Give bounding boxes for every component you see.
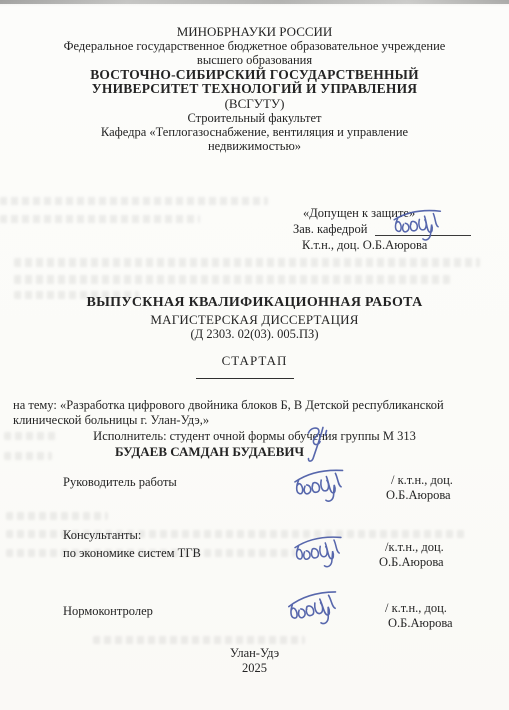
head-of-department-signature: [388, 204, 449, 245]
institution-line-2: высшего образования: [0, 53, 509, 67]
work-type-title: ВЫПУСКНАЯ КВАЛИФИКАЦИОННАЯ РАБОТА: [0, 295, 509, 311]
consultant-name: О.Б.Аюрова: [379, 555, 444, 569]
head-of-department-name: К.т.н., доц. О.Б.Аюрова: [293, 238, 475, 254]
university-abbr: (ВСГУТУ): [0, 97, 509, 111]
work-code: (Д 2303. 02(03). 005.ПЗ): [0, 327, 509, 341]
bleedthrough-artifact: [0, 215, 200, 223]
normcontrol-label: Нормоконтролер: [63, 604, 153, 618]
consultants-label: Консультанты:: [63, 528, 141, 542]
topic-block: на тему: «Разработка цифрового двойника …: [13, 398, 496, 460]
startup-label: СТАРТАП: [0, 353, 509, 369]
header-block: МИНОБРНАУКИ РОССИИ Федеральное государст…: [0, 25, 509, 154]
supervisor-name: О.Б.Аюрова: [386, 488, 451, 502]
department-line-2: недвижимостью»: [0, 139, 509, 153]
scanned-title-page: МИНОБРНАУКИ РОССИИ Федеральное государст…: [0, 0, 509, 710]
university-name-line-1: ВОСТОЧНО-СИБИРСКИЙ ГОСУДАРСТВЕННЫЙ: [0, 68, 509, 83]
topic-line-2: клинической больницы г. Улан-Удэ,»: [13, 413, 496, 428]
title-block: ВЫПУСКНАЯ КВАЛИФИКАЦИОННАЯ РАБОТА МАГИСТ…: [0, 295, 509, 341]
university-name-line-2: УНИВЕРСИТЕТ ТЕХНОЛОГИЙ И УПРАВЛЕНИЯ: [0, 82, 509, 97]
faculty-line: Строительный факультет: [0, 111, 509, 125]
normcontrol-degree: / к.т.н., доц.: [385, 601, 447, 615]
permit-line: «Допущен к защите»: [293, 206, 475, 222]
ministry-line: МИНОБРНАУКИ РОССИИ: [0, 25, 509, 39]
bleedthrough-artifact: [6, 512, 108, 520]
bleedthrough-artifact: [14, 275, 450, 284]
year-line: 2025: [0, 661, 509, 675]
bleedthrough-artifact: [93, 636, 305, 644]
consultant-degree: /к.т.н., доц.: [385, 540, 444, 554]
institution-line-1: Федеральное государственное бюджетное об…: [0, 39, 509, 53]
normcontrol-signature: [281, 583, 348, 633]
normcontrol-name: О.Б.Аюрова: [388, 616, 453, 630]
supervisor-signature: [288, 462, 353, 508]
student-name: БУДАЕВ САМДАН БУДАЕВИЧ: [13, 445, 496, 460]
horizontal-rule: [196, 378, 294, 379]
scan-edge-artifact: [0, 0, 509, 4]
executor-line: Исполнитель: студент очной формы обучени…: [13, 429, 496, 444]
bleedthrough-artifact: [0, 197, 268, 205]
consultant-economics-label: по экономике систем ТГВ: [63, 546, 201, 560]
topic-line-1: на тему: «Разработка цифрового двойника …: [13, 398, 496, 413]
supervisor-degree: / к.т.н., доц.: [391, 473, 453, 487]
head-of-department-label: Зав. кафедрой: [293, 222, 367, 238]
city-line: Улан-Удэ: [0, 646, 509, 660]
approval-block: «Допущен к защите» Зав. кафедрой К.т.н.,…: [293, 206, 475, 253]
consultant-signature: [288, 530, 350, 573]
student-signature: [299, 423, 336, 467]
bleedthrough-artifact: [14, 258, 480, 267]
department-line-1: Кафедра «Теплогазоснабжение, вентиляция …: [0, 125, 509, 139]
supervisor-label: Руководитель работы: [63, 475, 177, 489]
work-subtype: МАГИСТЕРСКАЯ ДИССЕРТАЦИЯ: [0, 312, 509, 327]
